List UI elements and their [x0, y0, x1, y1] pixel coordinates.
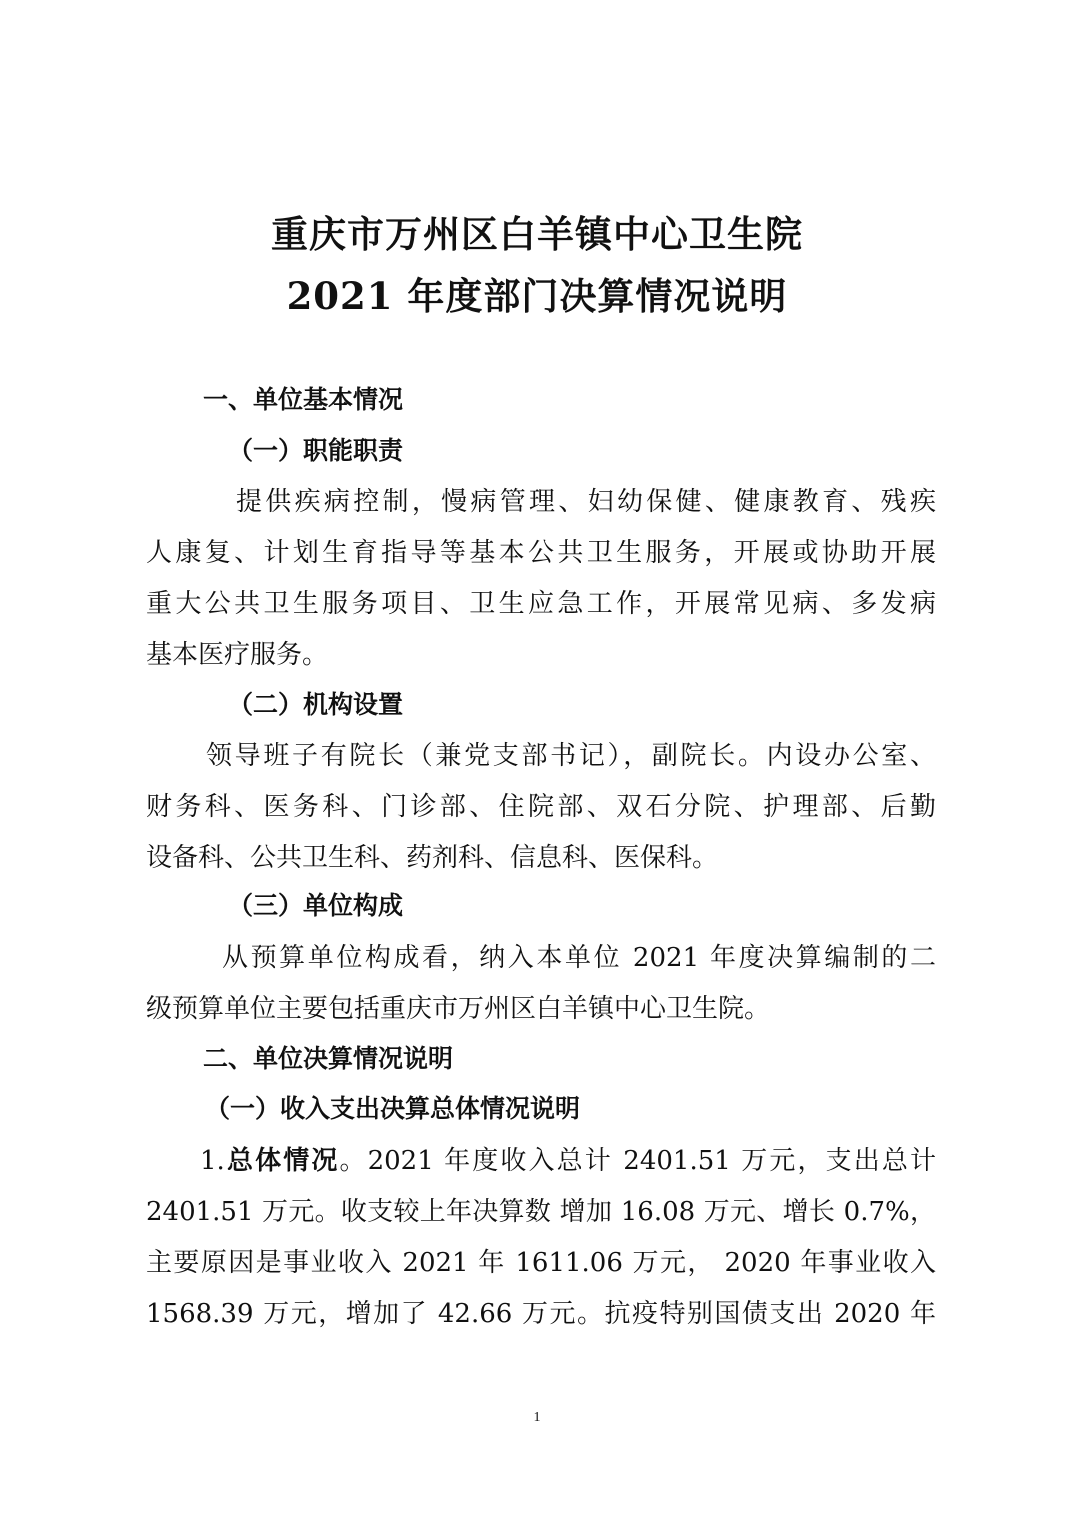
paragraph-line: 从预算单位构成看，纳入本单位 2021 年度决算编制的二	[222, 937, 936, 974]
inline-text: 。2021 年度收入总计 2401.51 万元，支出总计	[339, 1146, 936, 1176]
paragraph-line: 基本医疗服务。	[146, 634, 936, 671]
page-number: 1	[0, 1410, 1074, 1426]
paragraph-line: 领导班子有院长（兼党支部书记），副院长。内设办公室、	[206, 735, 936, 772]
subsection-heading-income-expense: （一）收入支出决算总体情况说明	[205, 1089, 580, 1125]
subsection-heading-functions: （一）职能职责	[228, 431, 403, 467]
section-heading-basic-info: 一、单位基本情况	[203, 380, 403, 416]
document-title-line1: 重庆市万州区白羊镇中心卫生院	[0, 204, 1074, 258]
paragraph-line: 提供疾病控制，慢病管理、妇幼保健、健康教育、残疾	[236, 481, 936, 518]
paragraph-line: 设备科、公共卫生科、药剂科、信息科、医保科。	[146, 837, 936, 874]
paragraph-line: 级预算单位主要包括重庆市万州区白羊镇中心卫生院。	[146, 988, 936, 1025]
paragraph-line: 2401.51 万元。收支较上年决算数 增加 16.08 万元、增长 0.7%，	[146, 1191, 936, 1228]
paragraph-line-overall: 1.总体情况。2021 年度收入总计 2401.51 万元，支出总计	[200, 1140, 936, 1177]
subsection-heading-organization: （二）机构设置	[228, 685, 403, 721]
subsection-heading-composition: （三）单位构成	[228, 886, 403, 922]
item-number: 1.	[200, 1146, 225, 1176]
section-heading-final-accounts: 二、单位决算情况说明	[203, 1039, 453, 1075]
paragraph-line: 1568.39 万元，增加了 42.66 万元。抗疫特别国债支出 2020 年	[146, 1293, 936, 1330]
paragraph-line: 财务科、医务科、门诊部、住院部、双石分院、护理部、后勤	[146, 786, 936, 823]
document-page: 重庆市万州区白羊镇中心卫生院 2021 年度部门决算情况说明 一、单位基本情况 …	[0, 0, 1074, 1520]
inline-bold-label: 总体情况	[225, 1146, 340, 1176]
paragraph-line: 人康复、计划生育指导等基本公共卫生服务，开展或协助开展	[146, 532, 936, 569]
document-title-line2: 2021 年度部门决算情况说明	[0, 266, 1074, 320]
paragraph-line: 主要原因是事业收入 2021 年 1611.06 万元， 2020 年事业收入	[146, 1242, 936, 1279]
paragraph-line: 重大公共卫生服务项目、卫生应急工作，开展常见病、多发病	[146, 583, 936, 620]
